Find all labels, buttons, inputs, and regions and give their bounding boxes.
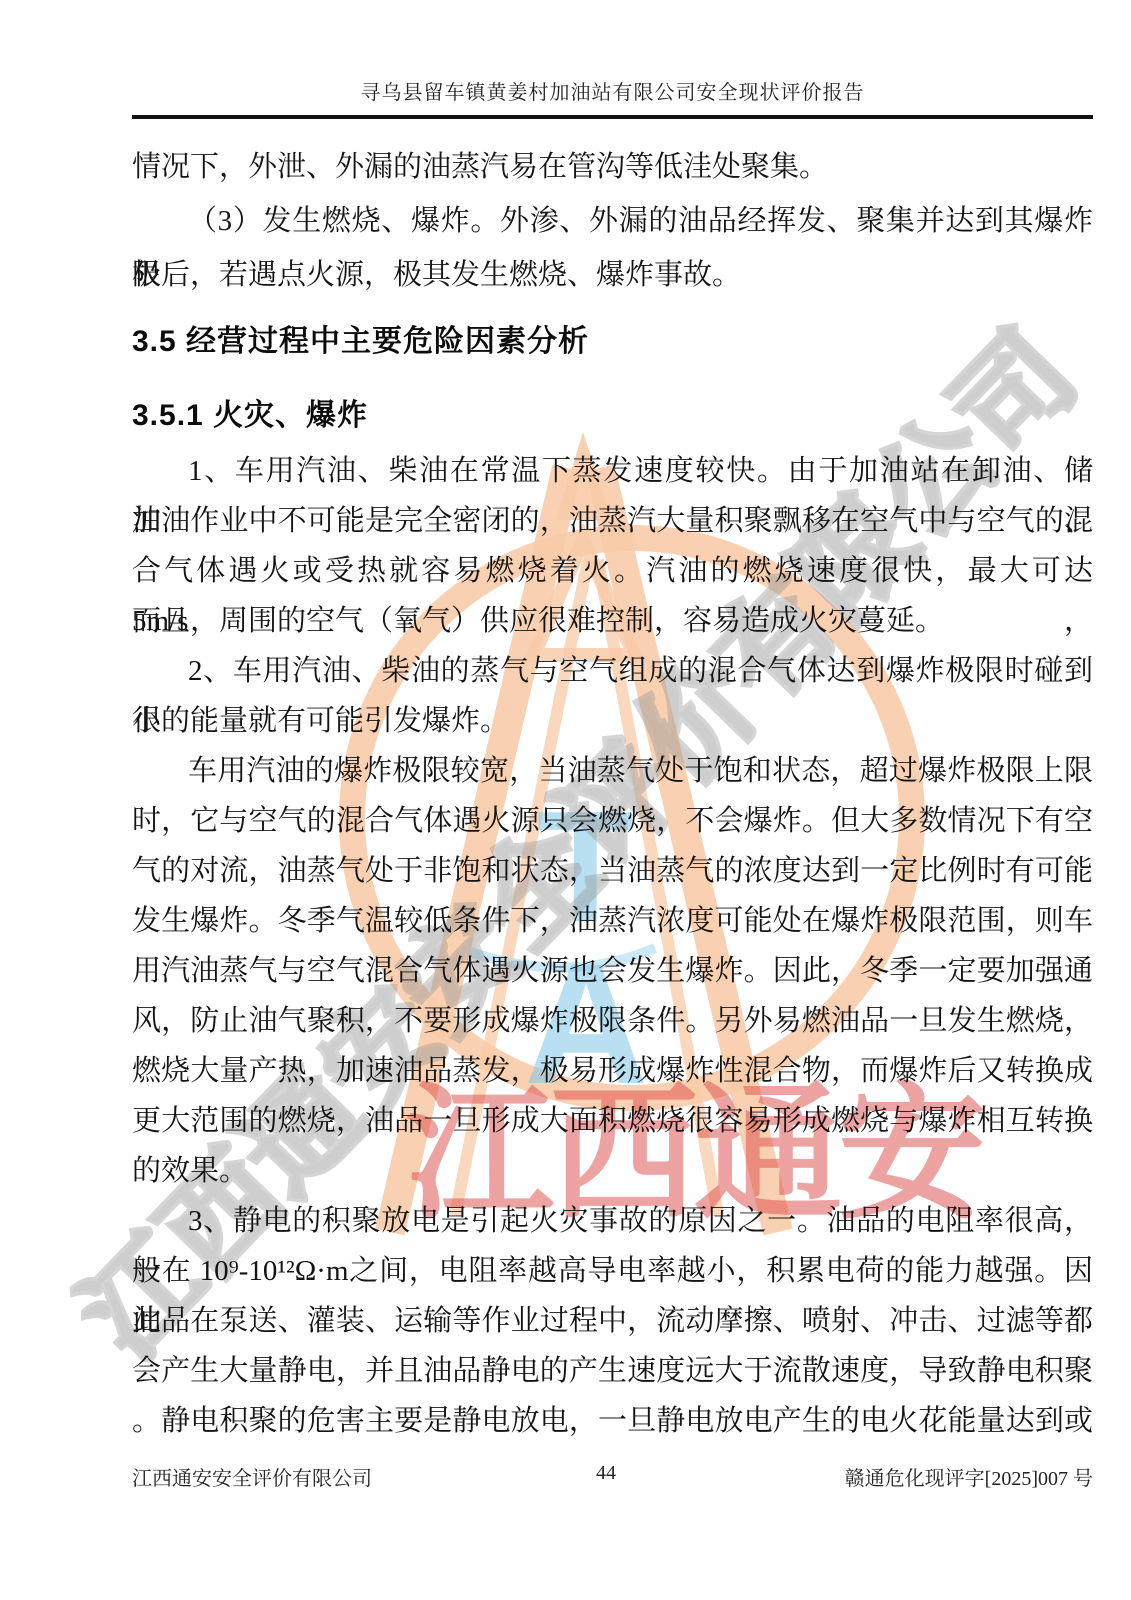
report-page: T A 江西通安安全评价有限公司 江西通安 寻乌县留车镇黄姜村加油站有限公司安全… <box>0 0 1131 1600</box>
body-line: 风，防止油气聚积，不要形成爆炸极限条件。另外易燃油品一旦发生燃烧， <box>132 996 1093 1046</box>
document-content: 寻乌县留车镇黄姜村加油站有限公司安全现状评价报告 情况下，外泄、外漏的油蒸汽易在… <box>0 0 1131 1600</box>
body-line: 3、静电的积聚放电是引起火灾事故的原因之一。油品的电阻率很高，一 <box>132 1196 1093 1246</box>
footer-company-name: 江西通安安全评价有限公司 <box>132 1462 372 1491</box>
page-header-title: 寻乌县留车镇黄姜村加油站有限公司安全现状评价报告 <box>132 76 1093 119</box>
body-line: 车用汽油的爆炸极限较宽，当油蒸气处于饱和状态，超过爆炸极限上限 <box>132 746 1093 796</box>
body-line: 般在 10⁹-10¹²Ω·m之间，电阻率越高导电率越小，积累电荷的能力越强。因此 <box>132 1246 1093 1296</box>
footer-page-number: 44 <box>556 1462 656 1485</box>
section-heading-3-5-1: 3.5.1 火灾、爆炸 <box>132 390 1093 434</box>
body-line: 小的能量就有可能引发爆炸。 <box>132 696 1093 746</box>
body-line: 燃烧大量产热，加速油品蒸发，极易形成爆炸性混合物，而爆炸后又转换成 <box>132 1046 1093 1096</box>
body-line: 限后，若遇点火源，极其发生燃烧、爆炸事故。 <box>132 248 1093 302</box>
body-line: 会产生大量静电，并且油品静电的产生速度远大于流散速度，导致静电积聚 <box>132 1346 1093 1396</box>
body-line: 更大范围的燃烧，油品一旦形成大面积燃烧很容易形成燃烧与爆炸相互转换 <box>132 1096 1093 1146</box>
body-line: 发生爆炸。冬季气温较低条件下，油蒸汽浓度可能处在爆炸极限范围，则车 <box>132 896 1093 946</box>
body-line: 时，它与空气的混合气体遇火源只会燃烧，不会爆炸。但大多数情况下有空 <box>132 796 1093 846</box>
body-line: 2、车用汽油、柴油的蒸气与空气组成的混合气体达到爆炸极限时碰到很 <box>132 646 1093 696</box>
section-heading-3-5: 3.5 经营过程中主要危险因素分析 <box>132 316 1093 360</box>
body-line: 气的对流，油蒸气处于非饱和状态，当油蒸气的浓度达到一定比例时有可能 <box>132 846 1093 896</box>
footer-doc-number: 赣通危化现评字[2025]007 号 <box>845 1462 1093 1491</box>
page-footer: 江西通安安全评价有限公司 44 赣通危化现评字[2025]007 号 <box>132 1462 1093 1492</box>
body-line: 的效果。 <box>132 1146 1093 1196</box>
body-line: 合气体遇火或受热就容易燃烧着火。汽油的燃烧速度很快，最大可达 5m/s， <box>132 546 1093 596</box>
body-line: 油品在泵送、灌装、运输等作业过程中，流动摩擦、喷射、冲击、过滤等都 <box>132 1296 1093 1346</box>
body-line: 。静电积聚的危害主要是静电放电，一旦静电放电产生的电火花能量达到或 <box>132 1396 1093 1446</box>
body-line: 用汽油蒸气与空气混合气体遇火源也会发生爆炸。因此，冬季一定要加强通 <box>132 946 1093 996</box>
section-body: 1、车用汽油、柴油在常温下蒸发速度较快。由于加油站在卸油、储油、 加油作业中不可… <box>132 446 1093 1446</box>
carryover-paragraph: 情况下，外泄、外漏的油蒸汽易在管沟等低洼处聚集。 （3）发生燃烧、爆炸。外渗、外… <box>132 140 1093 302</box>
body-line: 情况下，外泄、外漏的油蒸汽易在管沟等低洼处聚集。 <box>132 140 1093 194</box>
body-line: （3）发生燃烧、爆炸。外渗、外漏的油品经挥发、聚集并达到其爆炸极 <box>132 194 1093 248</box>
body-line: 加油作业中不可能是完全密闭的，油蒸汽大量积聚飘移在空气中与空气的混 <box>132 496 1093 546</box>
body-line: 1、车用汽油、柴油在常温下蒸发速度较快。由于加油站在卸油、储油、 <box>132 446 1093 496</box>
